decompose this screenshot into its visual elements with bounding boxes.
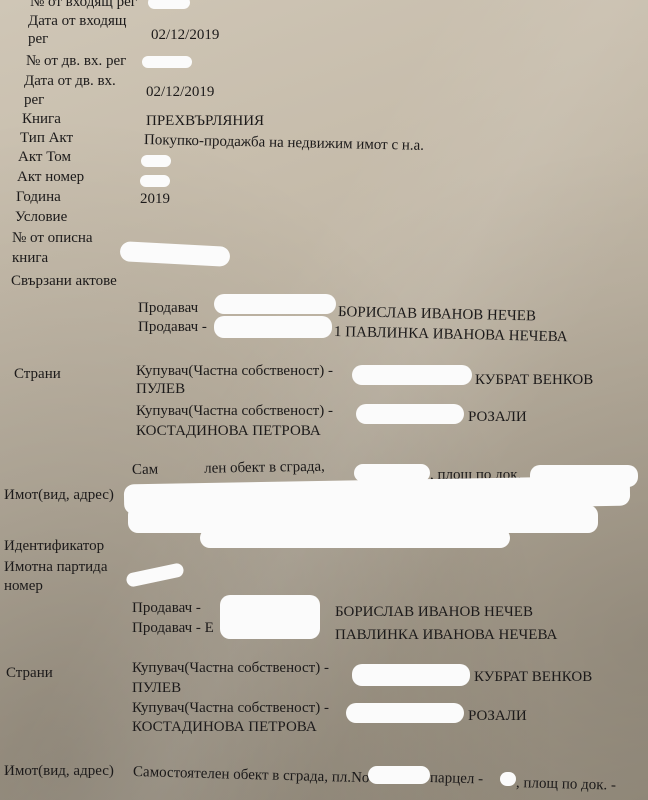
redaction <box>120 241 231 267</box>
act-number-label: Акт номер <box>17 169 84 186</box>
buyer-1-name-line2-2: ПУЛЕВ <box>132 680 181 697</box>
buyer-1-prefix: Купувач(Частна собственост) - <box>136 363 333 380</box>
redaction <box>200 528 510 548</box>
buyer-2-prefix: Купувач(Частна собственост) - <box>136 403 333 420</box>
redaction <box>352 664 470 686</box>
partida-label-2: номер <box>4 578 43 595</box>
inventory-book-label-1: № от описна <box>12 230 93 247</box>
incoming-reg-no-label: № от входящ рег <box>30 0 137 11</box>
parties-label-1: Страни <box>14 366 61 383</box>
redaction <box>140 175 170 187</box>
book-label: Книга <box>22 111 61 128</box>
redaction <box>148 0 190 9</box>
buyer-2-name-line2: КОСТАДИНОВА ПЕТРОВА <box>136 423 321 440</box>
redaction <box>356 404 464 424</box>
redaction <box>352 365 472 385</box>
seller-1-prefix-2: Продавач - <box>132 600 201 617</box>
buyer-2-name-line1: РОЗАЛИ <box>468 409 527 426</box>
buyer-1-name-line1-2: КУБРАТ ВЕНКОВ <box>474 669 592 686</box>
property-text-2c: , площ по док. - <box>516 775 616 795</box>
sec-reg-date-value: 02/12/2019 <box>146 84 214 101</box>
redaction <box>346 703 464 723</box>
redaction <box>141 155 171 167</box>
property-text-2a: Самостоятелен обект в сграда, пл.No <box>133 764 370 787</box>
buyer-2-name-line1-2: РОЗАЛИ <box>468 708 527 725</box>
seller-2-name: 1 ПАВЛИНКА ИВАНОВА НЕЧЕВА <box>334 324 568 346</box>
seller-2-prefix: Продавач - <box>138 319 207 336</box>
parties-label-2: Страни <box>6 665 53 682</box>
seller-1-name-2: БОРИСЛАВ ИВАНОВ НЕЧЕВ <box>335 604 533 621</box>
property-label-2: Имот(вид, адрес) <box>4 763 114 780</box>
seller-1-prefix: Продавач <box>138 300 198 317</box>
book-value: ПРЕХВЪРЛЯНИЯ <box>146 113 264 130</box>
year-label: Година <box>16 189 61 206</box>
buyer-1-prefix-2: Купувач(Частна собственост) - <box>132 660 329 677</box>
incoming-reg-date-label-1: Дата от входящ <box>28 13 126 30</box>
seller-1-name: БОРИСЛАВ ИВАНОВ НЕЧЕВ <box>338 304 536 325</box>
year-value: 2019 <box>140 191 170 208</box>
property-text-2b: парцел - <box>430 770 484 788</box>
sec-reg-no-label: № от дв. вх. рег <box>26 53 126 70</box>
property-text-1a: Самлен обект в сграда, <box>132 459 325 479</box>
partida-label-1: Имотна партида <box>4 559 107 576</box>
redaction <box>142 56 192 68</box>
redaction <box>368 766 430 784</box>
property-label-1: Имот(вид, адрес) <box>4 487 114 504</box>
seller-2-prefix-2: Продавач - Е <box>132 620 214 637</box>
buyer-1-name-line1: КУБРАТ ВЕНКОВ <box>475 372 593 389</box>
act-type-label: Тип Акт <box>20 130 73 147</box>
seller-2-name-2: ПАВЛИНКА ИВАНОВА НЕЧЕВА <box>335 627 557 644</box>
inventory-book-label-2: книга <box>12 250 48 267</box>
related-acts-label: Свързани актове <box>11 273 117 290</box>
condition-label: Условие <box>15 209 67 226</box>
redaction <box>500 772 516 786</box>
redaction <box>214 316 332 338</box>
sec-reg-date-label-1: Дата от дв. вх. <box>24 73 116 90</box>
buyer-2-name-line2-2: КОСТАДИНОВА ПЕТРОВА <box>132 719 317 736</box>
identifier-label: Идентификатор <box>4 538 104 555</box>
redaction <box>125 562 185 588</box>
act-volume-label: Акт Том <box>18 149 71 166</box>
buyer-1-name-line2: ПУЛЕВ <box>136 381 185 398</box>
sec-reg-date-label-2: рег <box>24 92 44 109</box>
act-type-value: Покупко-продажба на недвижим имот с н.а. <box>144 132 424 155</box>
redaction <box>220 595 320 639</box>
buyer-2-prefix-2: Купувач(Частна собственост) - <box>132 700 329 717</box>
redaction <box>214 294 336 314</box>
incoming-reg-date-label-2: рег <box>28 31 48 48</box>
incoming-reg-date-value: 02/12/2019 <box>151 27 219 44</box>
